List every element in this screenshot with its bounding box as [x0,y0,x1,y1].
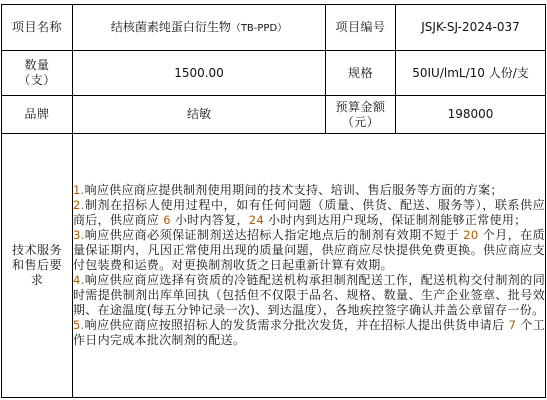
requirement-text: 响应供应商必须保证制剂送达招标人指定地点后的制剂有效期不短于 [85,228,464,242]
validity-months: 20 [463,228,478,242]
quantity-value: 1500.00 [73,51,326,96]
budget-label-line1: 预算金额 [326,100,395,115]
requirement-text: 小时内答复， [171,213,249,227]
requirement-number: 1. [73,183,85,197]
requirement-number: 2. [73,198,85,212]
brand-value: 结敏 [73,96,326,134]
requirement-number: 5. [73,318,85,332]
service-label: 技术服务 和售后要 求 [2,134,73,398]
requirement-item-1: 1.响应供应商应提供制剂使用期间的技术支持、培训、售后服务等方面的方案； [73,183,545,198]
project-code-value: JSJK-SJ-2024-037 [396,5,546,51]
quantity-label: 数量 （支） [2,51,73,96]
requirement-item-4: 4.响应供应商应选择有资质的冷链配送机构承担制剂配送工作，配送机构交付制剂的同时… [73,273,545,318]
requirement-text: 响应供应商应提供制剂使用期间的技术支持、培训、售后服务等方面的方案； [85,183,503,197]
row-project: 项目名称 结核菌素纯蛋白衍生物（TB-PPD） 项目编号 JSJK-SJ-202… [2,5,546,51]
row-service-requirements: 技术服务 和售后要 求 1.响应供应商应提供制剂使用期间的技术支持、培训、售后服… [2,134,546,398]
requirement-number: 3. [73,228,85,242]
budget-label-line2: （元） [326,115,395,130]
requirement-text: 响应供应商应选择有资质的冷链配送机构承担制剂配送工作，配送机构交付制剂的同时需提… [73,273,545,317]
project-name-label: 项目名称 [2,5,73,51]
project-name-cn: 结核菌素纯蛋白衍生物 [111,20,231,34]
service-label-line3: 求 [2,273,72,288]
project-name-value: 结核菌素纯蛋白衍生物（TB-PPD） [73,5,326,51]
project-code-label: 项目编号 [326,5,396,51]
project-name-en: （TB-PPD） [231,23,287,34]
requirement-number: 4. [73,273,85,287]
requirement-item-5: 5.响应供应商应按照招标人的发货需求分批次发货，并在招标人提出供货申请后 7 个… [73,318,545,348]
onsite-hours: 24 [249,213,264,227]
requirement-text: 响应供应商应按照招标人的发货需求分批次发货，并在招标人提出供货申请后 [85,318,509,332]
procurement-spec-table: 项目名称 结核菌素纯蛋白衍生物（TB-PPD） 项目编号 JSJK-SJ-202… [1,4,546,398]
response-hours: 6 [163,213,171,227]
brand-label: 品牌 [2,96,73,134]
budget-label: 预算金额 （元） [326,96,396,134]
service-label-line2: 和售后要 [2,258,72,273]
spec-value: 50IU/lmL/10 人份/支 [396,51,546,96]
requirement-item-2: 2.制剂在招标人使用过程中，如有任何问题（质量、供货、配送、服务等），联系供应商… [73,198,545,228]
requirement-item-3: 3.响应供应商必须保证制剂送达招标人指定地点后的制剂有效期不短于 20 个月，在… [73,228,545,273]
requirement-text: 小时内到达用户现场，保证制剂能够正常使用； [264,213,526,227]
service-requirements-text: 1.响应供应商应提供制剂使用期间的技术支持、培训、售后服务等方面的方案； 2.制… [73,134,546,398]
row-brand: 品牌 结敏 预算金额 （元） 198000 [2,96,546,134]
budget-value: 198000 [396,96,546,134]
quantity-label-line1: 数量 [2,58,72,73]
quantity-label-line2: （支） [2,73,72,88]
row-quantity: 数量 （支） 1500.00 规格 50IU/lmL/10 人份/支 [2,51,546,96]
spec-label: 规格 [326,51,396,96]
service-label-line1: 技术服务 [2,243,72,258]
